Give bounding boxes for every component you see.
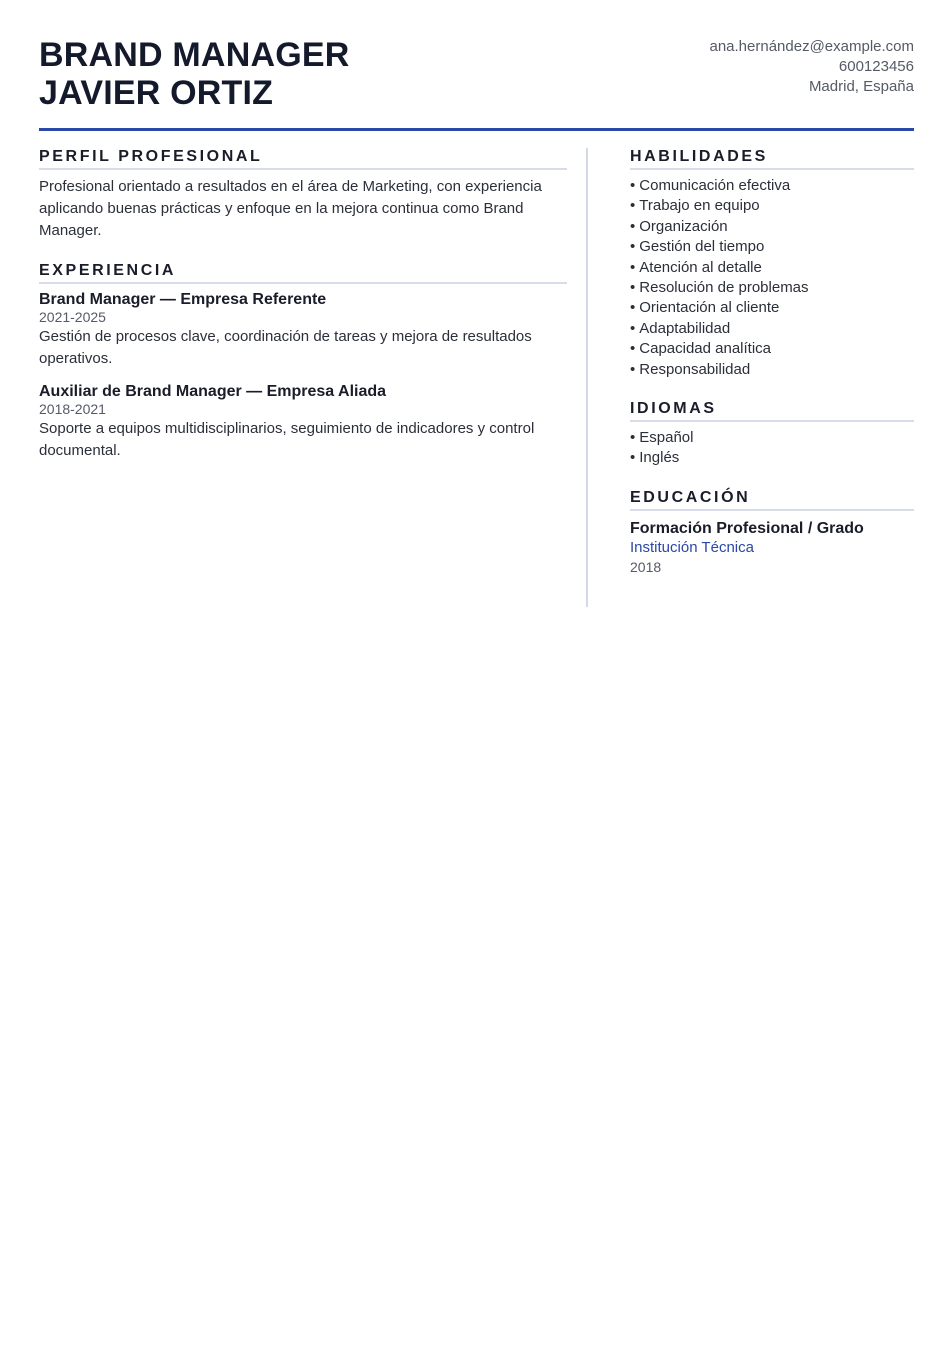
language-item: •Español [630, 428, 914, 448]
skill-item: •Comunicación efectiva [630, 176, 914, 196]
bullet-icon: • [630, 177, 635, 194]
profile-section: PERFIL PROFESIONAL Profesional orientado… [39, 147, 567, 242]
education-section: EDUCACIÓN Formación Profesional / Grado … [630, 488, 914, 577]
skill-item-label: Organización [639, 218, 727, 235]
name-block: BRAND MANAGER JAVIER ORTIZ [39, 36, 349, 112]
header-rule [39, 128, 914, 131]
job-dates: 2021-2025 [39, 309, 567, 325]
skill-item: •Capacidad analítica [630, 339, 914, 359]
person-name: JAVIER ORTIZ [39, 74, 349, 112]
job-description: Gestión de procesos clave, coordinación … [39, 326, 567, 370]
section-title-profile: PERFIL PROFESIONAL [39, 147, 567, 170]
job-description: Soporte a equipos multidisciplinarios, s… [39, 418, 567, 462]
section-title-skills: HABILIDADES [630, 147, 914, 170]
skill-item-label: Resolución de problemas [639, 279, 808, 296]
column-divider [586, 148, 588, 607]
skills-section: HABILIDADES •Comunicación efectiva•Traba… [630, 147, 914, 380]
languages-section: IDIOMAS •Español•Inglés [630, 399, 914, 469]
education-institution: Institución Técnica [630, 539, 914, 557]
contact-info: ana.hernández@example.com 600123456 Madr… [709, 37, 914, 97]
skill-item: •Adaptabilidad [630, 319, 914, 339]
main-column: PERFIL PROFESIONAL Profesional orientado… [39, 147, 567, 462]
skills-list: •Comunicación efectiva•Trabajo en equipo… [630, 176, 914, 380]
bullet-icon: • [630, 238, 635, 255]
skill-item-label: Trabajo en equipo [639, 197, 759, 214]
bullet-icon: • [630, 218, 635, 235]
skill-item: •Trabajo en equipo [630, 196, 914, 216]
skill-item: •Resolución de problemas [630, 278, 914, 298]
language-item: •Inglés [630, 448, 914, 468]
side-column: HABILIDADES •Comunicación efectiva•Traba… [630, 147, 914, 577]
bullet-icon: • [630, 429, 635, 446]
section-title-languages: IDIOMAS [630, 399, 914, 422]
skill-item-label: Comunicación efectiva [639, 177, 790, 194]
education-degree: Formación Profesional / Grado [630, 519, 914, 539]
skill-item-label: Atención al detalle [639, 259, 762, 276]
bullet-icon: • [630, 449, 635, 466]
language-item-label: Inglés [639, 449, 679, 466]
contact-phone: 600123456 [709, 57, 914, 77]
role-title: BRAND MANAGER [39, 36, 349, 74]
bullet-icon: • [630, 279, 635, 296]
job-entry: Brand Manager — Empresa Referente 2021-2… [39, 290, 567, 370]
contact-email[interactable]: ana.hernández@example.com [709, 37, 914, 57]
section-title-experience: EXPERIENCIA [39, 261, 567, 284]
profile-text: Profesional orientado a resultados en el… [39, 176, 567, 242]
job-title: Brand Manager — Empresa Referente [39, 290, 567, 309]
skill-item-label: Adaptabilidad [639, 320, 730, 337]
skill-item: •Orientación al cliente [630, 298, 914, 318]
contact-location: Madrid, España [709, 77, 914, 97]
skill-item: •Gestión del tiempo [630, 237, 914, 257]
skill-item: •Atención al detalle [630, 258, 914, 278]
job-entry: Auxiliar de Brand Manager — Empresa Alia… [39, 382, 567, 462]
skill-item: •Responsabilidad [630, 360, 914, 380]
skill-item: •Organización [630, 217, 914, 237]
job-title: Auxiliar de Brand Manager — Empresa Alia… [39, 382, 567, 401]
job-dates: 2018-2021 [39, 401, 567, 417]
languages-list: •Español•Inglés [630, 428, 914, 469]
skill-item-label: Orientación al cliente [639, 299, 779, 316]
experience-section: EXPERIENCIA Brand Manager — Empresa Refe… [39, 261, 567, 462]
skill-item-label: Responsabilidad [639, 361, 750, 378]
bullet-icon: • [630, 197, 635, 214]
bullet-icon: • [630, 361, 635, 378]
bullet-icon: • [630, 320, 635, 337]
skill-item-label: Capacidad analítica [639, 340, 771, 357]
language-item-label: Español [639, 429, 693, 446]
section-title-education: EDUCACIÓN [630, 488, 914, 511]
bullet-icon: • [630, 299, 635, 316]
resume-header: BRAND MANAGER JAVIER ORTIZ ana.hernández… [39, 36, 914, 116]
bullet-icon: • [630, 340, 635, 357]
education-year: 2018 [630, 557, 914, 577]
skill-item-label: Gestión del tiempo [639, 238, 764, 255]
bullet-icon: • [630, 259, 635, 276]
